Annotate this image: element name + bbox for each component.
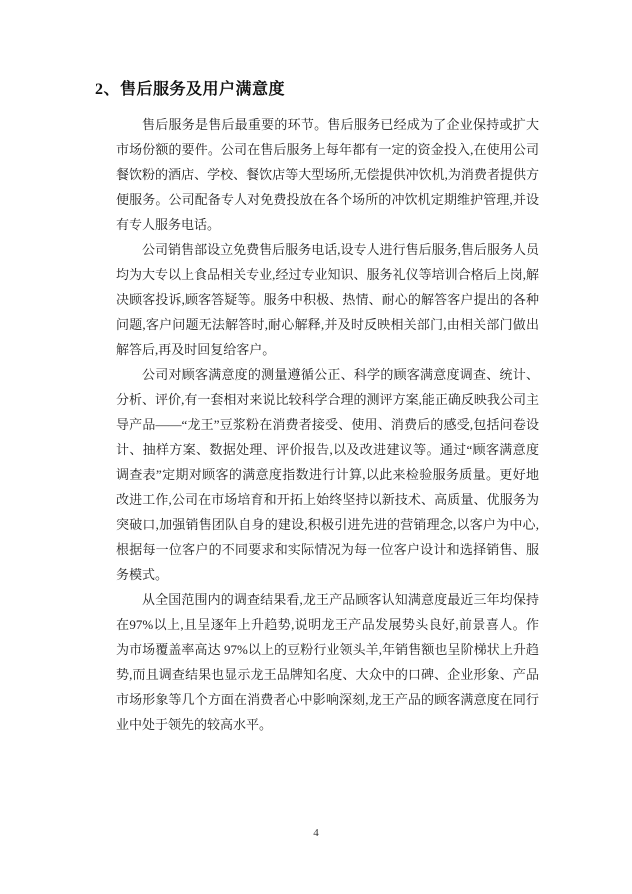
page-number: 4 xyxy=(0,827,632,839)
paragraph-satisfaction-measurement: 公司对顾客满意度的测量遵循公正、科学的顾客满意度调查、统计、分析、评价,有一套相… xyxy=(116,362,539,587)
document-page: 2、售后服务及用户满意度 售后服务是售后最重要的环节。售后服务已经成为了企业保持… xyxy=(0,0,632,894)
paragraph-after-sales-intro: 售后服务是售后最重要的环节。售后服务已经成为了企业保持或扩大市场份额的要件。公司… xyxy=(116,112,539,237)
document-body: 售后服务是售后最重要的环节。售后服务已经成为了企业保持或扩大市场份额的要件。公司… xyxy=(116,112,539,737)
section-heading: 2、售后服务及用户满意度 xyxy=(95,76,285,99)
paragraph-survey-results: 从全国范围内的调查结果看,龙王产品顾客认知满意度最近三年均保持在97%以上,且呈… xyxy=(116,587,539,737)
paragraph-service-hotline: 公司销售部设立免费售后服务电话,设专人进行售后服务,售后服务人员均为大专以上食品… xyxy=(116,237,539,362)
